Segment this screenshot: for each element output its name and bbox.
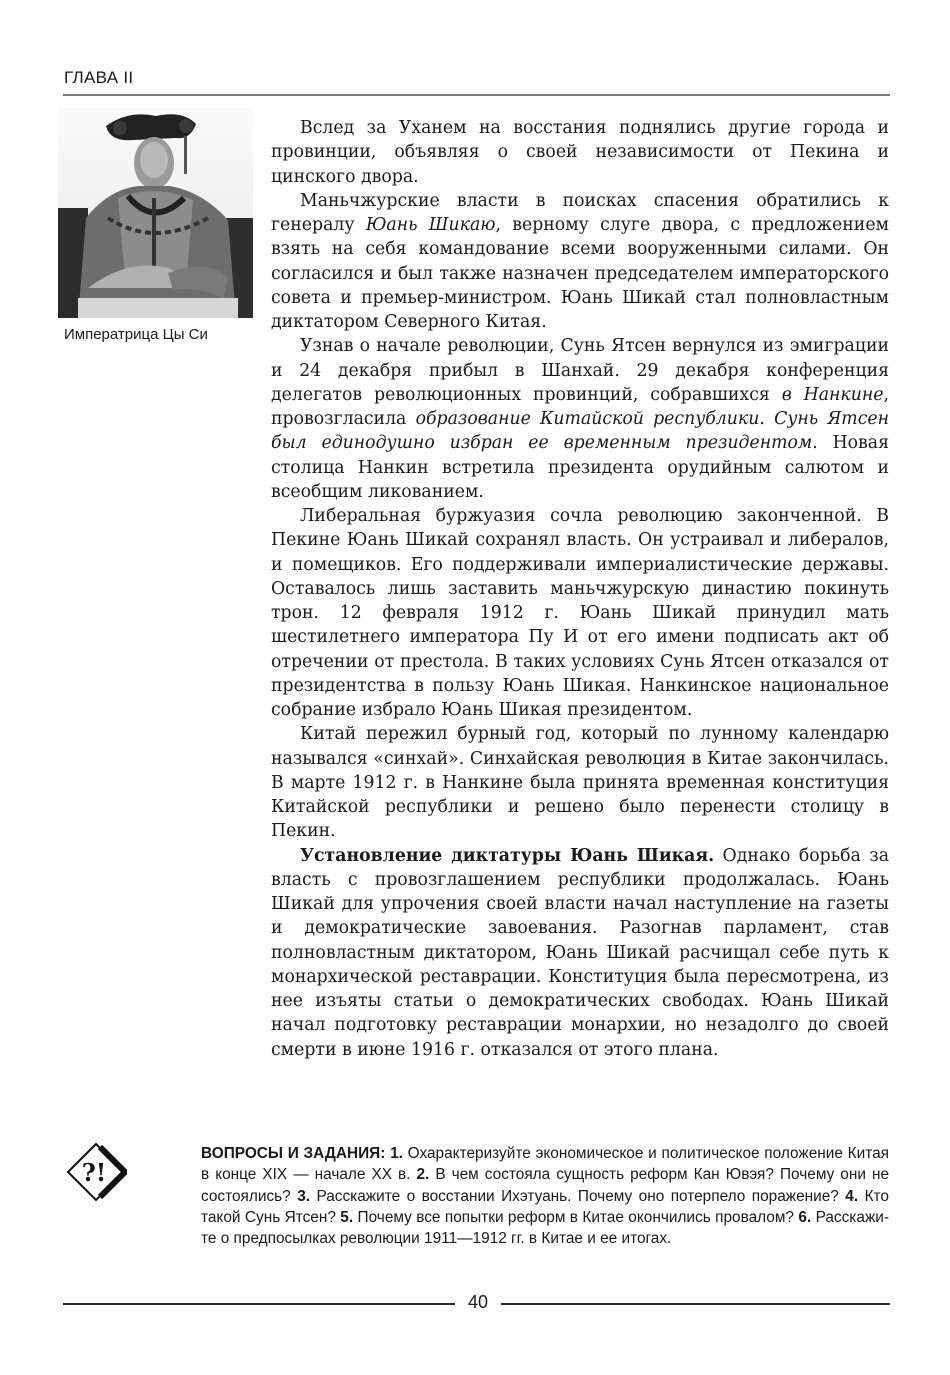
portrait-photo-icon — [58, 108, 253, 318]
portrait-caption: Императрица Цы Си — [64, 326, 254, 343]
question-number: 3. — [297, 1188, 310, 1205]
paragraph: Либеральная буржуазия сочла революцию за… — [271, 504, 889, 722]
svg-text:?!: ?! — [82, 1158, 107, 1187]
questions-and-tasks: ВОПРОСЫ И ЗАДАНИЯ: 1. Охарактеризуйте эк… — [201, 1143, 889, 1249]
page-number: 40 — [458, 1292, 498, 1313]
paragraph: Узнав о начале революции, Сунь Ятсен вер… — [271, 334, 889, 504]
chapter-header: ГЛАВА II — [64, 68, 133, 88]
question-number: 4. — [845, 1188, 858, 1205]
paragraph: Вслед за Уханем на восстания поднялись д… — [271, 116, 889, 189]
footer-rule-right — [501, 1303, 890, 1305]
question-text: Почему все попытки реформ в Китае окончи… — [353, 1209, 798, 1226]
questions-title: ВОПРОСЫ И ЗАДАНИЯ: — [201, 1145, 385, 1162]
italic-emphasis: в Нанкине — [782, 385, 884, 405]
portrait-figure: Императрица Цы Си — [58, 108, 254, 343]
header-divider — [63, 94, 890, 96]
question-text: Расскажите о восста­нии Ихэтуань. Почему… — [310, 1188, 845, 1205]
empress-portrait-image — [58, 108, 253, 318]
paragraph: Маньчжурские власти в поисках спасения о… — [271, 189, 889, 335]
section-heading: Установление диктатуры Юань Шикая. — [300, 846, 714, 866]
italic-name-yuan-shikai: Юань Шикаю — [366, 215, 496, 235]
page-footer: 40 — [63, 1292, 890, 1316]
question-number: 6. — [798, 1209, 811, 1226]
question-exclamation-diamond-icon: ?! — [65, 1141, 127, 1203]
question-number: 5. — [340, 1209, 353, 1226]
footer-rule-left — [63, 1303, 455, 1305]
question-number: 2. — [416, 1166, 429, 1183]
paragraph: Китай пережил бурный год, который по лун… — [271, 722, 889, 843]
paragraph: Установление диктатуры Юань Шикая. Однак… — [271, 844, 889, 1062]
question-number: 1. — [390, 1145, 403, 1162]
main-text-body: Вслед за Уханем на восстания поднялись д… — [271, 116, 889, 1062]
